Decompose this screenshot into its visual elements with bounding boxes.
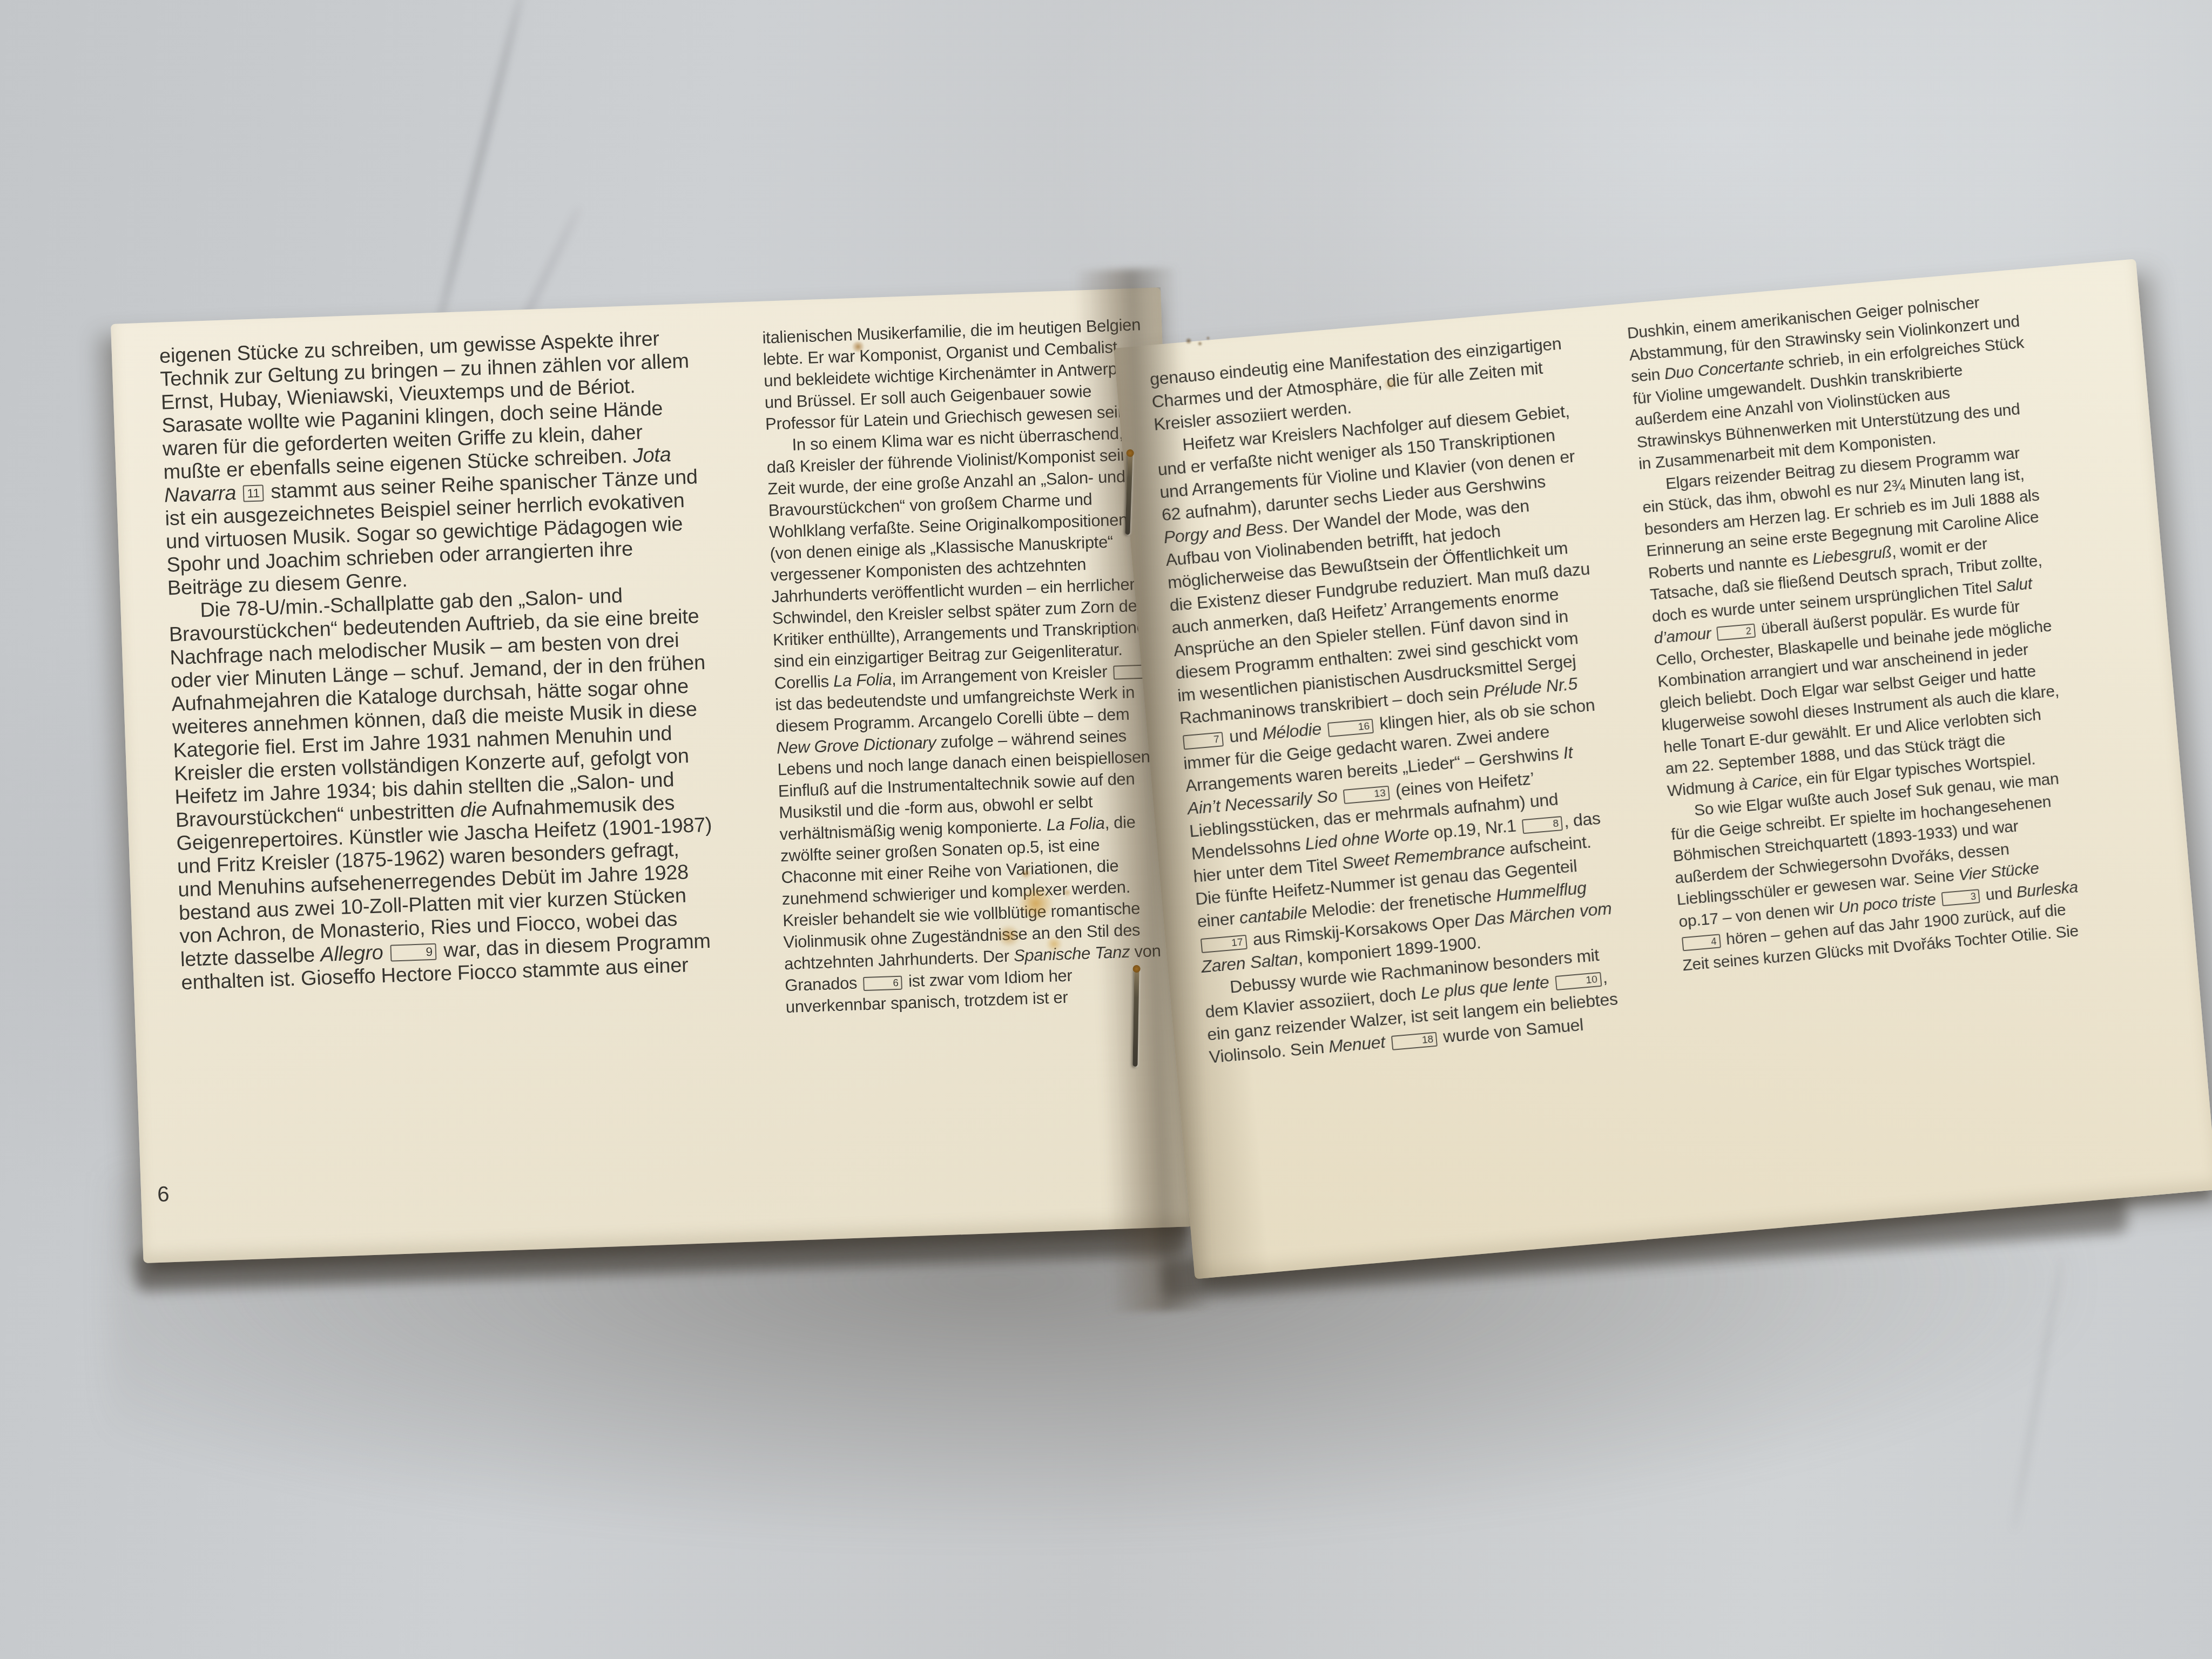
- stain-speck: [851, 341, 865, 352]
- photo-scene: eigenen Stücke zu schreiben, um gewisse …: [0, 0, 2212, 1659]
- text-column-4: Dushkin, einem amerikanischen Geiger pol…: [1627, 288, 2083, 976]
- page-number: 6: [157, 1182, 170, 1207]
- amber-stain: [976, 847, 1084, 982]
- booklet-right-page: genauso eindeutig eine Manifestation des…: [1114, 259, 2212, 1279]
- paragraph: eigenen Stücke zu schreiben, um gewisse …: [159, 326, 707, 601]
- paragraph: Elgars reizender Beitrag zu diesem Progr…: [1640, 441, 2067, 802]
- stain-speck-cluster: [1181, 333, 1213, 351]
- marble-vein: [431, 0, 525, 346]
- paragraph: Heifetz war Kreislers Nachfolger auf die…: [1155, 399, 1623, 978]
- paragraph: Die 78-U/min.-Schallplatte gab den „Salo…: [168, 582, 721, 995]
- text-column-3: genauso eindeutig eine Manifestation des…: [1149, 331, 1631, 1068]
- text-column-1: eigenen Stücke zu schreiben, um gewisse …: [159, 326, 721, 995]
- stain-faint-spot: [1382, 378, 1399, 390]
- booklet-left-page: eigenen Stücke zu schreiben, um gewisse …: [111, 287, 1193, 1263]
- paragraph: So wie Elgar wußte auch Josef Suk genau,…: [1668, 767, 2082, 976]
